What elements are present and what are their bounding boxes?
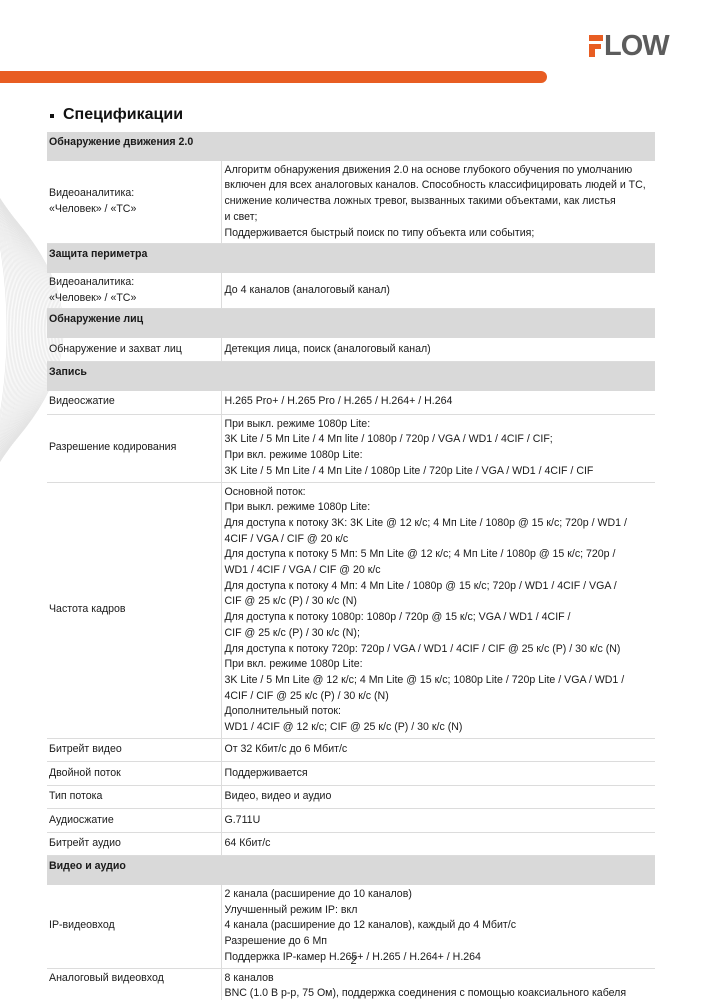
spec-value-line: До 4 каналов (аналоговый канал)	[225, 283, 654, 299]
spec-value-line: Для доступа к потоку 720p: 720p / VGA / …	[225, 642, 654, 658]
spec-label: Обнаружение и захват лиц	[47, 338, 221, 362]
spec-value: 8 каналовBNC (1.0 В p-p, 75 Ом), поддерж…	[221, 968, 655, 1000]
spec-label-line: Битрейт видео	[49, 742, 219, 758]
spec-row: Видеоаналитика:«Человек» / «ТС»Алгоритм …	[47, 161, 655, 244]
spec-row: Частота кадровОсновной поток:При выкл. р…	[47, 482, 655, 738]
flow-logo: LOW	[589, 31, 669, 57]
specifications-table: Обнаружение движения 2.0Видеоаналитика:«…	[47, 132, 655, 1000]
spec-value: Алгоритм обнаружения движения 2.0 на осн…	[221, 161, 655, 244]
spec-value-line: При выкл. режиме 1080p Lite:	[225, 500, 654, 516]
spec-value: G.711U	[221, 809, 655, 833]
spec-label-line: Обнаружение и захват лиц	[49, 342, 219, 358]
group-heading-row: Обнаружение лиц	[47, 309, 655, 338]
spec-value-line: Детекция лица, поиск (аналоговый канал)	[225, 342, 654, 358]
spec-value-line: Поддерживается	[225, 766, 654, 782]
spec-value: Детекция лица, поиск (аналоговый канал)	[221, 338, 655, 362]
spec-value-line: 3K Lite / 5 Мп Lite / 4 Мп Lite / 1080p …	[225, 464, 654, 480]
group-heading-row: Запись	[47, 362, 655, 391]
spec-value: От 32 Кбит/с до 6 Мбит/с	[221, 738, 655, 762]
spec-value-line: Улучшенный режим IP: вкл	[225, 903, 654, 919]
logo-wordmark: LOW	[604, 35, 669, 57]
spec-value-line: При выкл. режиме 1080p Lite:	[225, 417, 654, 433]
spec-row: АудиосжатиеG.711U	[47, 809, 655, 833]
spec-value-line: Поддерживается быстрый поиск по типу объ…	[225, 226, 654, 242]
spec-value: При выкл. режиме 1080p Lite:3K Lite / 5 …	[221, 414, 655, 482]
group-heading: Защита периметра	[47, 244, 655, 273]
spec-value-line: H.265 Pro+ / H.265 Pro / H.265 / H.264+ …	[225, 394, 654, 410]
spec-label-line: Разрешение кодирования	[49, 440, 219, 456]
spec-value-line: 4 канала (расширение до 12 каналов), каж…	[225, 918, 654, 934]
spec-value-line: G.711U	[225, 813, 654, 829]
spec-label-line: Аналоговый видеовход	[49, 971, 219, 987]
spec-label-line: «Человек» / «ТС»	[49, 202, 219, 218]
spec-value: Основной поток:При выкл. режиме 1080p Li…	[221, 482, 655, 738]
spec-value-line: Для доступа к потоку 3K: 3K Lite @ 12 к/…	[225, 516, 654, 532]
spec-label-line: Видеоаналитика:	[49, 275, 219, 291]
spec-value-line: Дополнительный поток:	[225, 704, 654, 720]
spec-value-line: WD1 / 4CIF @ 12 к/с; CIF @ 25 к/с (P) / …	[225, 720, 654, 736]
spec-label-line: Тип потока	[49, 789, 219, 805]
spec-value-line: 4CIF / CIF @ 25 к/с (P) / 30 к/с (N)	[225, 689, 654, 705]
spec-value-line: Для доступа к потоку 1080p: 1080p / 720p…	[225, 610, 654, 626]
spec-value-line: 3K Lite / 5 Мп Lite / 4 Мп lite / 1080p …	[225, 432, 654, 448]
spec-label: Разрешение кодирования	[47, 414, 221, 482]
spec-value-line: 4CIF / VGA / CIF @ 20 к/с	[225, 532, 654, 548]
group-heading: Видео и аудио	[47, 856, 655, 885]
spec-value: Видео, видео и аудио	[221, 785, 655, 809]
spec-label: Тип потока	[47, 785, 221, 809]
spec-row: Обнаружение и захват лицДетекция лица, п…	[47, 338, 655, 362]
spec-value-line: BNC (1.0 В p-p, 75 Ом), поддержка соедин…	[225, 986, 654, 1000]
spec-label: Видеосжатие	[47, 391, 221, 415]
spec-value-line: Для доступа к потоку 4 Мп: 4 Мп Lite / 1…	[225, 579, 654, 595]
spec-label: Битрейт аудио	[47, 832, 221, 856]
page-number: 2	[0, 955, 707, 967]
spec-label-line: Видеоаналитика:	[49, 186, 219, 202]
spec-value-line: CIF @ 25 к/с (P) / 30 к/с (N)	[225, 594, 654, 610]
spec-value-line: От 32 Кбит/с до 6 Мбит/с	[225, 742, 654, 758]
spec-value-line: и свет;	[225, 210, 654, 226]
spec-value-line: Для доступа к потоку 5 Мп: 5 Мп Lite @ 1…	[225, 547, 654, 563]
spec-row: ВидеосжатиеH.265 Pro+ / H.265 Pro / H.26…	[47, 391, 655, 415]
spec-row: Разрешение кодированияПри выкл. режиме 1…	[47, 414, 655, 482]
spec-value: H.265 Pro+ / H.265 Pro / H.265 / H.264+ …	[221, 391, 655, 415]
spec-value-line: Разрешение до 6 Мп	[225, 934, 654, 950]
spec-label: Двойной поток	[47, 762, 221, 786]
group-heading-row: Видео и аудио	[47, 856, 655, 885]
spec-value-line: При вкл. режиме 1080p Lite:	[225, 448, 654, 464]
spec-label: Битрейт видео	[47, 738, 221, 762]
spec-value: Поддерживается	[221, 762, 655, 786]
spec-value-line: Алгоритм обнаружения движения 2.0 на осн…	[225, 163, 654, 179]
logo-f-mark-icon	[589, 35, 603, 57]
group-heading-row: Обнаружение движения 2.0	[47, 132, 655, 161]
group-heading: Обнаружение лиц	[47, 309, 655, 338]
spec-label-line: Битрейт аудио	[49, 836, 219, 852]
spec-value-line: При вкл. режиме 1080p Lite:	[225, 657, 654, 673]
spec-value-line: 2 канала (расширение до 10 каналов)	[225, 887, 654, 903]
spec-label-line: Аудиосжатие	[49, 813, 219, 829]
spec-row: Двойной потокПоддерживается	[47, 762, 655, 786]
spec-row: Аналоговый видеовход8 каналовBNC (1.0 В …	[47, 968, 655, 1000]
spec-value-line: Основной поток:	[225, 485, 654, 501]
spec-label-line: Частота кадров	[49, 602, 219, 618]
spec-row: Видеоаналитика:«Человек» / «ТС»До 4 кана…	[47, 273, 655, 309]
spec-row: Тип потокаВидео, видео и аудио	[47, 785, 655, 809]
spec-value: До 4 каналов (аналоговый канал)	[221, 273, 655, 309]
spec-label-line: «Человек» / «ТС»	[49, 291, 219, 307]
spec-value-line: Видео, видео и аудио	[225, 789, 654, 805]
spec-label: Видеоаналитика:«Человек» / «ТС»	[47, 273, 221, 309]
spec-label: Аналоговый видеовход	[47, 968, 221, 1000]
spec-label: Частота кадров	[47, 482, 221, 738]
spec-label-line: Видеосжатие	[49, 394, 219, 410]
group-heading: Запись	[47, 362, 655, 391]
spec-label: Аудиосжатие	[47, 809, 221, 833]
spec-value-line: CIF @ 25 к/с (P) / 30 к/с (N);	[225, 626, 654, 642]
section-title: Спецификации	[50, 106, 183, 124]
group-heading-row: Защита периметра	[47, 244, 655, 273]
spec-value: 64 Кбит/с	[221, 832, 655, 856]
group-heading: Обнаружение движения 2.0	[47, 132, 655, 161]
bullet-icon	[50, 114, 54, 118]
spec-label: Видеоаналитика:«Человек» / «ТС»	[47, 161, 221, 244]
spec-value-line: WD1 / 4CIF / VGA / CIF @ 20 к/с	[225, 563, 654, 579]
header-accent-bar	[0, 71, 547, 83]
spec-value-line: 3K Lite / 5 Мп Lite @ 12 к/с; 4 Мп Lite …	[225, 673, 654, 689]
spec-row: Битрейт видеоОт 32 Кбит/с до 6 Мбит/с	[47, 738, 655, 762]
spec-value-line: включен для всех аналоговых каналов. Спо…	[225, 178, 654, 194]
spec-label-line: IP-видеовход	[49, 918, 219, 934]
spec-label-line: Двойной поток	[49, 766, 219, 782]
spec-value-line: 8 каналов	[225, 971, 654, 987]
section-title-text: Спецификации	[63, 106, 183, 124]
spec-row: Битрейт аудио64 Кбит/с	[47, 832, 655, 856]
spec-value-line: снижение количества ложных тревог, вызва…	[225, 194, 654, 210]
spec-value-line: 64 Кбит/с	[225, 836, 654, 852]
